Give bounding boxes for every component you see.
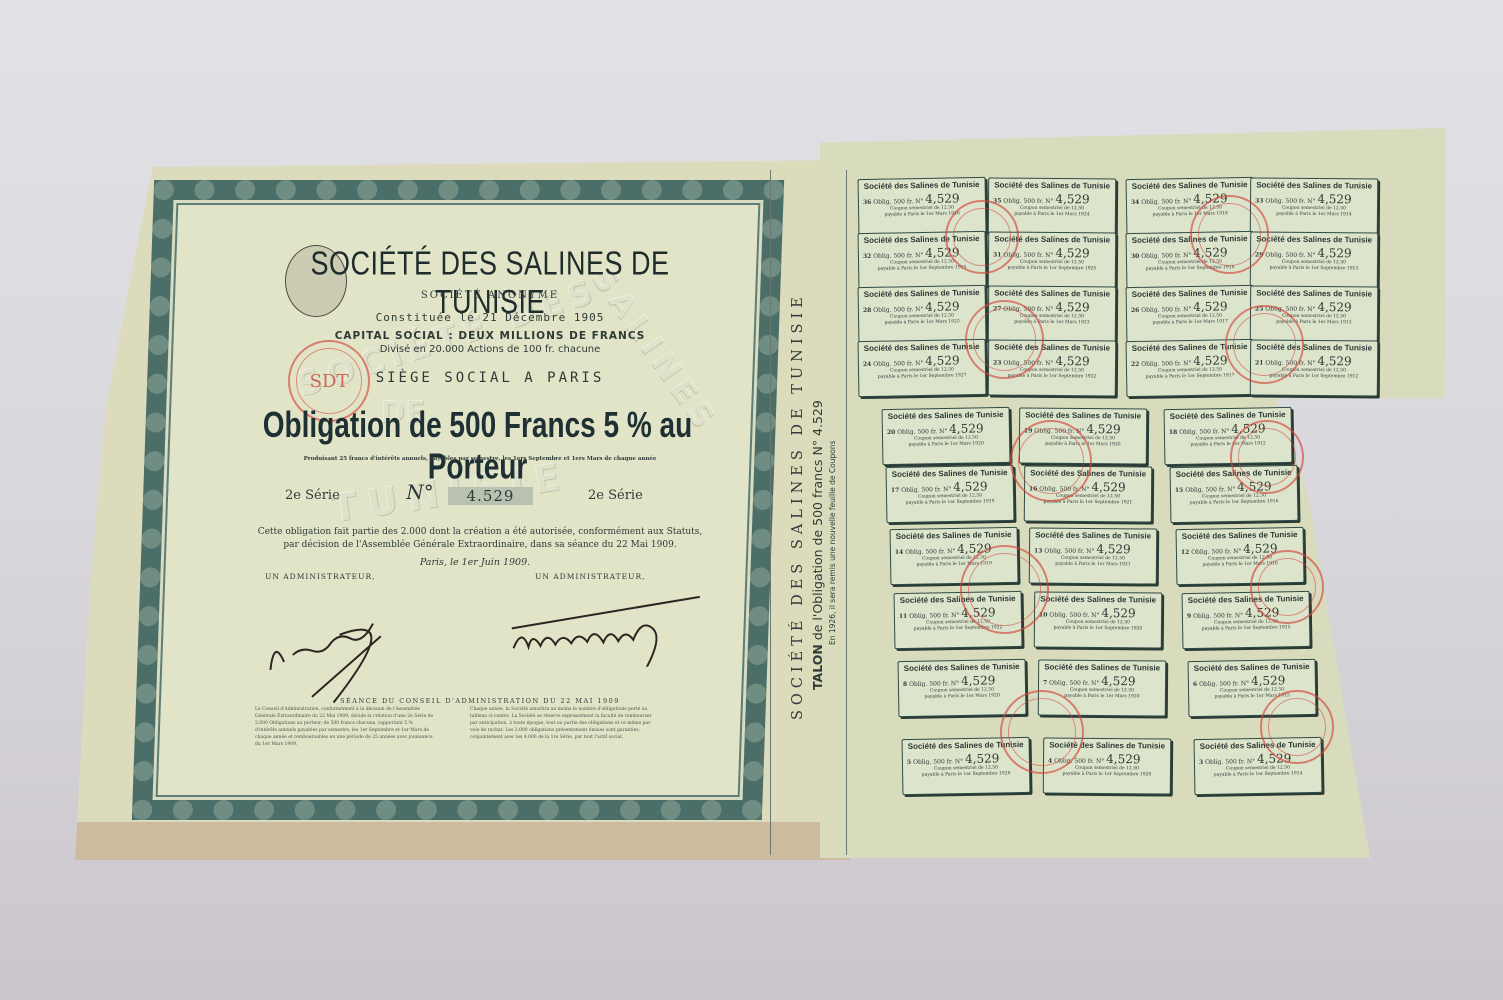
coupon-stamp-icon — [1010, 420, 1092, 502]
coupon-payable-date: payable à Paris le 1er Mars 1921 — [1030, 561, 1156, 568]
coupon-bond-number: 4,529 — [925, 191, 960, 206]
coupon-stamp-icon — [965, 300, 1044, 379]
board-resolution-right: Chaque année, la Société amortira au moi… — [470, 706, 660, 741]
coupon-bond-number: 4,529 — [1055, 192, 1089, 206]
coupon-oblig: Oblig. 500 fr. N° — [1050, 680, 1100, 687]
coupon-payable-date: payable à Paris le 1er Mars 1914 — [1251, 211, 1377, 218]
coupon-index: 22 — [1131, 361, 1139, 368]
coupon-index: 26 — [1131, 307, 1139, 314]
coupon-title: Société des Salines de Tunisie — [1030, 530, 1156, 540]
coupon-oblig: Oblig. 500 fr. N° — [873, 252, 923, 260]
coupon-title: Société des Salines de Tunisie — [859, 288, 985, 299]
coupon-index: 8 — [903, 681, 907, 688]
coupon-index: 30 — [1131, 253, 1139, 260]
coupon: Société des Salines de Tunisie33 Oblig. … — [1250, 177, 1378, 234]
coupon-bond-number: 4,529 — [1317, 354, 1351, 368]
interest-terms: Produisant 25 francs d'intérêts annuels,… — [255, 456, 705, 462]
coupon-number-line: 29 Oblig. 500 fr. N° 4,529 — [1251, 245, 1377, 260]
talon-renewal-note: En 1926, il sera remis une nouvelle feui… — [828, 440, 837, 645]
head-office: SIÈGE SOCIAL A PARIS — [280, 370, 700, 386]
coupon-title: Société des Salines de Tunisie — [1127, 288, 1253, 299]
coupon-oblig: Oblig. 500 fr. N° — [1193, 612, 1243, 620]
coupon-title: Société des Salines de Tunisie — [989, 180, 1115, 190]
coupon-bond-number: 4,529 — [1193, 299, 1228, 314]
coupon-title: Société des Salines de Tunisie — [1177, 530, 1303, 541]
coupon-payable-date: payable à Paris le 1er Septembre 1920 — [1034, 625, 1160, 632]
coupon-number-line: 35 Oblig. 500 fr. N° 4,529 — [989, 191, 1115, 206]
coupon-index: 24 — [863, 361, 871, 368]
coupon-payable-date: payable à Paris le 1er Mars 1920 — [883, 441, 1009, 449]
coupon-oblig: Oblig. 500 fr. N° — [873, 306, 923, 314]
coupon-payable-date: payable à Paris le 1er Septembre 1925 — [989, 265, 1115, 272]
coupon-bond-number: 4,529 — [1317, 192, 1351, 206]
coupon-index: 3 — [1199, 759, 1203, 766]
coupon-payable-date: payable à Paris le 1er Septembre 1920 — [903, 771, 1029, 779]
coupon-index: 11 — [899, 613, 907, 620]
coupon-bond-number: 4,529 — [925, 353, 960, 368]
share-division: Divisé en 20.000 Actions de 100 fr. chac… — [280, 344, 700, 355]
coupon-stamp-icon — [1190, 195, 1269, 274]
coupon-oblig: Oblig. 500 fr. N° — [901, 486, 951, 494]
coupon-bond-number: 4,529 — [1101, 606, 1135, 620]
coupon-index: 15 — [1175, 487, 1183, 494]
coupon-number-line: 13 Oblig. 500 fr. N° 4,529 — [1030, 541, 1156, 556]
coupon-payable-date: payable à Paris le 1er Septembre 1916 — [1171, 499, 1297, 507]
bond-heading: Obligation de 500 Francs 5 % au Porteur — [250, 404, 705, 487]
coupon-index: 34 — [1131, 199, 1139, 206]
coupon-title: Société des Salines de Tunisie — [989, 288, 1115, 298]
coupon-oblig: Oblig. 500 fr. N° — [1205, 758, 1255, 766]
coupon-title: Société des Salines de Tunisie — [1189, 662, 1315, 673]
coupon-bond-number: 4,529 — [961, 673, 996, 688]
coupon-index: 14 — [895, 549, 903, 556]
board-resolution-left: Le Conseil d'Administration, conformémen… — [255, 706, 435, 748]
coupon: Société des Salines de Tunisie20 Oblig. … — [882, 407, 1011, 465]
coupon-title: Société des Salines de Tunisie — [1020, 410, 1146, 420]
coupon-title: Société des Salines de Tunisie — [1035, 594, 1161, 604]
coupon-number-line: 10 Oblig. 500 fr. N° 4,529 — [1035, 605, 1161, 620]
bond-number: 4.529 — [448, 487, 533, 505]
coupon-index: 18 — [1169, 429, 1177, 436]
coupon-bond-number: 4,529 — [925, 299, 960, 314]
coupon-payable-date: payable à Paris le 1er Mars 1920 — [899, 693, 1025, 701]
coupon-bond-number: 4,529 — [953, 479, 988, 494]
coupon-oblig: Oblig. 500 fr. N° — [897, 428, 947, 436]
coupon-stamp-icon — [960, 545, 1049, 634]
coupon-stamp-icon — [1250, 550, 1324, 624]
coupon-oblig: Oblig. 500 fr. N° — [1265, 252, 1315, 259]
coupon-oblig: Oblig. 500 fr. N° — [1265, 198, 1315, 205]
coupon-oblig: Oblig. 500 fr. N° — [909, 612, 959, 620]
administrator-label-right: UN ADMINISTRATEUR, — [535, 572, 695, 581]
talon-label: TALON — [810, 644, 825, 690]
company-type: SOCIÉTÉ ANONYME — [285, 290, 695, 301]
coupon-stamp-icon — [1225, 305, 1304, 384]
coupon-number-line: 33 Oblig. 500 fr. N° 4,529 — [1251, 191, 1377, 206]
coupon-bond-number: 4,529 — [1317, 300, 1351, 314]
coupon-oblig: Oblig. 500 fr. N° — [1191, 548, 1241, 556]
coupon-oblig: Oblig. 500 fr. N° — [1179, 428, 1229, 436]
coupon-title: Société des Salines de Tunisie — [883, 410, 1009, 421]
coupon-payable-date: payable à Paris le 1er Septembre 1917 — [1127, 373, 1253, 381]
number-label: N° — [400, 480, 440, 504]
coupon-stamp-icon — [1230, 420, 1304, 494]
coupon-oblig: Oblig. 500 fr. N° — [873, 198, 923, 206]
coupon-oblig: Oblig. 500 fr. N° — [1049, 612, 1099, 619]
share-capital: CAPITAL SOCIAL : DEUX MILLIONS DE FRANCS — [280, 330, 700, 342]
coupon-bond-number: 4,529 — [1102, 674, 1136, 688]
coupon-bond-number: 4,529 — [1055, 354, 1089, 368]
coupon-bond-number: 4,529 — [1086, 422, 1120, 436]
coupon-payable-date: payable à Paris le 1er Septembre 1913 — [1251, 265, 1377, 272]
coupon-oblig: Oblig. 500 fr. N° — [1141, 198, 1191, 206]
coupon-index: 36 — [863, 199, 871, 206]
coupon-index: 9 — [1187, 613, 1191, 620]
coupon-title: Société des Salines de Tunisie — [1251, 234, 1377, 244]
coupon-index: 5 — [907, 759, 911, 766]
coupon-oblig: Oblig. 500 fr. N° — [873, 360, 923, 368]
coupon-index: 7 — [1043, 679, 1047, 686]
coupon-number-line: 7 Oblig. 500 fr. N° 4,529 — [1039, 673, 1165, 688]
coupon-title: Société des Salines de Tunisie — [1251, 288, 1377, 298]
issue-place-date: Paris, le 1er Juin 1909. — [400, 557, 550, 568]
series-label-left: 2e Série — [285, 488, 365, 503]
coupon-oblig: Oblig. 500 fr. N° — [1003, 198, 1053, 205]
coupon-title: Société des Salines de Tunisie — [859, 180, 985, 191]
coupon-oblig: Oblig. 500 fr. N° — [913, 758, 963, 766]
authorization-paragraph: Cette obligation fait partie des 2.000 d… — [255, 526, 705, 552]
talon-bond-line: TALON de l'Obligation de 500 francs N° 4… — [810, 400, 825, 690]
coupon-title: Société des Salines de Tunisie — [887, 468, 1013, 479]
coupon-bond-number: 4,529 — [1055, 300, 1089, 314]
coupon: Société des Salines de Tunisie10 Oblig. … — [1033, 591, 1161, 648]
coupon-index: 20 — [887, 429, 895, 436]
coupon: Société des Salines de Tunisie13 Oblig. … — [1029, 527, 1157, 584]
coupon-index: 17 — [891, 487, 899, 494]
coupon-oblig: Oblig. 500 fr. N° — [1141, 252, 1191, 260]
talon-company-name: SOCIÉTÉ DES SALINES DE TUNISIE — [790, 292, 806, 720]
founded-date: Constituée le 21 Décembre 1905 — [285, 311, 695, 324]
coupon-bond-number: 4,529 — [965, 751, 1000, 766]
coupon-oblig: Oblig. 500 fr. N° — [905, 548, 955, 556]
coupon-payable-date: payable à Paris le 1er Septembre 1914 — [1195, 771, 1321, 779]
coupon-stamp-icon — [1000, 690, 1084, 774]
coupon-payable-date: payable à Paris le 1er Septembre 1915 — [1183, 625, 1309, 633]
coupon: Société des Salines de Tunisie29 Oblig. … — [1250, 231, 1378, 288]
coupon-bond-number: 4,529 — [1106, 752, 1140, 766]
coupon-oblig: Oblig. 500 fr. N° — [1185, 486, 1235, 494]
coupon-bond-number: 4,529 — [1251, 673, 1286, 688]
coupon-stamp-icon — [1260, 690, 1334, 764]
coupon-index: 6 — [1193, 681, 1197, 688]
coupon-title: Société des Salines de Tunisie — [1127, 180, 1253, 191]
coupon-bond-number: 4,529 — [1096, 542, 1130, 556]
coupon-payable-date: payable à Paris le 1er Septembre 1919 — [887, 499, 1013, 507]
coupon-index: 12 — [1181, 549, 1189, 556]
board-meeting-heading: SÉANCE DU CONSEIL D'ADMINISTRATION DU 22… — [260, 697, 700, 705]
coupon-oblig: Oblig. 500 fr. N° — [1044, 548, 1094, 555]
coupon-bond-number: 4,529 — [1091, 480, 1125, 494]
coupon-bond-number: 4,529 — [1193, 353, 1228, 368]
coupon-oblig: Oblig. 500 fr. N° — [909, 680, 959, 688]
coupon-stamp-icon — [945, 200, 1019, 274]
coupon-index: 28 — [863, 307, 871, 314]
coupon-bond-number: 4,529 — [1317, 246, 1351, 260]
coupon-index: 13 — [1034, 547, 1042, 554]
series-label-right: 2e Série — [588, 488, 668, 503]
coupon-bond-number: 4,529 — [1055, 246, 1089, 260]
coupon-oblig: Oblig. 500 fr. N° — [1141, 360, 1191, 368]
talon-bond-text: de l'Obligation de 500 francs N° 4.529 — [810, 400, 825, 644]
coupon-title: Société des Salines de Tunisie — [1251, 180, 1377, 190]
coupon-index: 32 — [863, 253, 871, 260]
coupon-payable-date: payable à Paris le 1er Septembre 1927 — [859, 373, 985, 381]
coupon-index: 33 — [1255, 197, 1263, 204]
aged-paper-edge — [75, 822, 850, 860]
coupon-bond-number: 4,529 — [949, 421, 984, 436]
coupon-oblig: Oblig. 500 fr. N° — [1141, 306, 1191, 314]
coupon: Société des Salines de Tunisie17 Oblig. … — [886, 465, 1015, 523]
administrator-label-left: UN ADMINISTRATEUR, — [265, 572, 425, 581]
coupon-payable-date: payable à Paris le 1er Septembre 1920 — [1044, 771, 1170, 778]
coupon-title: Société des Salines de Tunisie — [1040, 662, 1166, 672]
coupon-title: Société des Salines de Tunisie — [891, 530, 1017, 541]
coupon-title: Société des Salines de Tunisie — [899, 662, 1025, 673]
coupon-oblig: Oblig. 500 fr. N° — [1199, 680, 1249, 688]
